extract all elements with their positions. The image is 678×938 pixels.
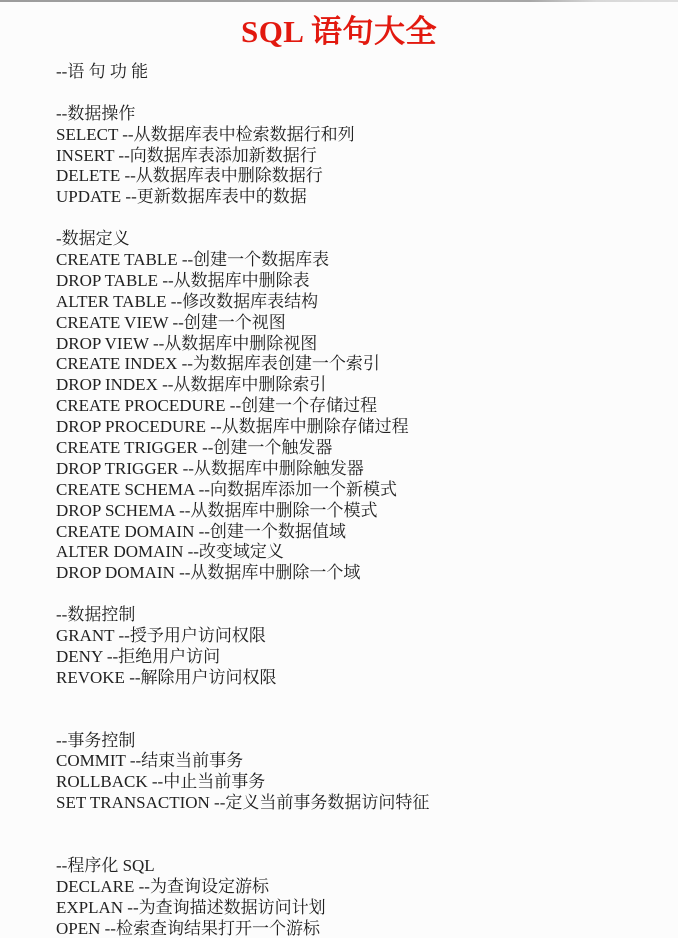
top-edge-line <box>0 0 678 2</box>
document-body: --语 句 功 能 --数据操作SELECT --从数据库表中检索数据行和列IN… <box>56 62 662 938</box>
sql-line: DROP VIEW --从数据库中删除视图 <box>56 334 662 355</box>
sql-line: DROP DOMAIN --从数据库中删除一个域 <box>56 563 662 584</box>
sql-line: DROP TRIGGER --从数据库中删除触发器 <box>56 459 662 480</box>
sql-line: CREATE SCHEMA --向数据库添加一个新模式 <box>56 480 662 501</box>
sql-line: SET TRANSACTION --定义当前事务数据访问特征 <box>56 793 662 814</box>
sql-line: EXPLAN --为查询描述数据访问计划 <box>56 898 662 919</box>
blank-line <box>56 584 662 605</box>
blank-line <box>56 83 662 104</box>
sql-line: DROP TABLE --从数据库中删除表 <box>56 271 662 292</box>
sql-line: DENY --拒绝用户访问 <box>56 647 662 668</box>
blank-line <box>56 208 662 229</box>
sql-line: CREATE VIEW --创建一个视图 <box>56 313 662 334</box>
section-heading: --数据操作 <box>56 104 662 125</box>
blank-line <box>56 835 662 856</box>
section-heading: --事务控制 <box>56 731 662 752</box>
sql-line: CREATE DOMAIN --创建一个数据值域 <box>56 522 662 543</box>
sql-line: DROP PROCEDURE --从数据库中删除存储过程 <box>56 417 662 438</box>
page-title: SQL 语句大全 <box>0 6 678 51</box>
sql-line: CREATE TABLE --创建一个数据库表 <box>56 250 662 271</box>
sql-line: INSERT --向数据库表添加新数据行 <box>56 146 662 167</box>
blank-line <box>56 710 662 731</box>
sql-line: CREATE INDEX --为数据库表创建一个索引 <box>56 354 662 375</box>
sql-line: CREATE PROCEDURE --创建一个存储过程 <box>56 396 662 417</box>
sql-line: SELECT --从数据库表中检索数据行和列 <box>56 125 662 146</box>
sql-line: DECLARE --为查询设定游标 <box>56 877 662 898</box>
blank-line <box>56 814 662 835</box>
sql-line: COMMIT --结束当前事务 <box>56 751 662 772</box>
sql-line: ALTER TABLE --修改数据库表结构 <box>56 292 662 313</box>
blank-line <box>56 689 662 710</box>
sql-line: DELETE --从数据库表中删除数据行 <box>56 166 662 187</box>
sql-line: ROLLBACK --中止当前事务 <box>56 772 662 793</box>
sql-line: DROP INDEX --从数据库中删除索引 <box>56 375 662 396</box>
sql-line: REVOKE --解除用户访问权限 <box>56 668 662 689</box>
sql-line: ALTER DOMAIN --改变域定义 <box>56 542 662 563</box>
sql-line: DROP SCHEMA --从数据库中删除一个模式 <box>56 501 662 522</box>
sql-line: UPDATE --更新数据库表中的数据 <box>56 187 662 208</box>
section-heading: --数据控制 <box>56 605 662 626</box>
intro-line: --语 句 功 能 <box>56 62 662 83</box>
section-heading: --程序化 SQL <box>56 856 662 877</box>
sql-line: GRANT --授予用户访问权限 <box>56 626 662 647</box>
sql-line: CREATE TRIGGER --创建一个触发器 <box>56 438 662 459</box>
section-heading: -数据定义 <box>56 229 662 250</box>
sql-line: OPEN --检索查询结果打开一个游标 <box>56 919 662 938</box>
